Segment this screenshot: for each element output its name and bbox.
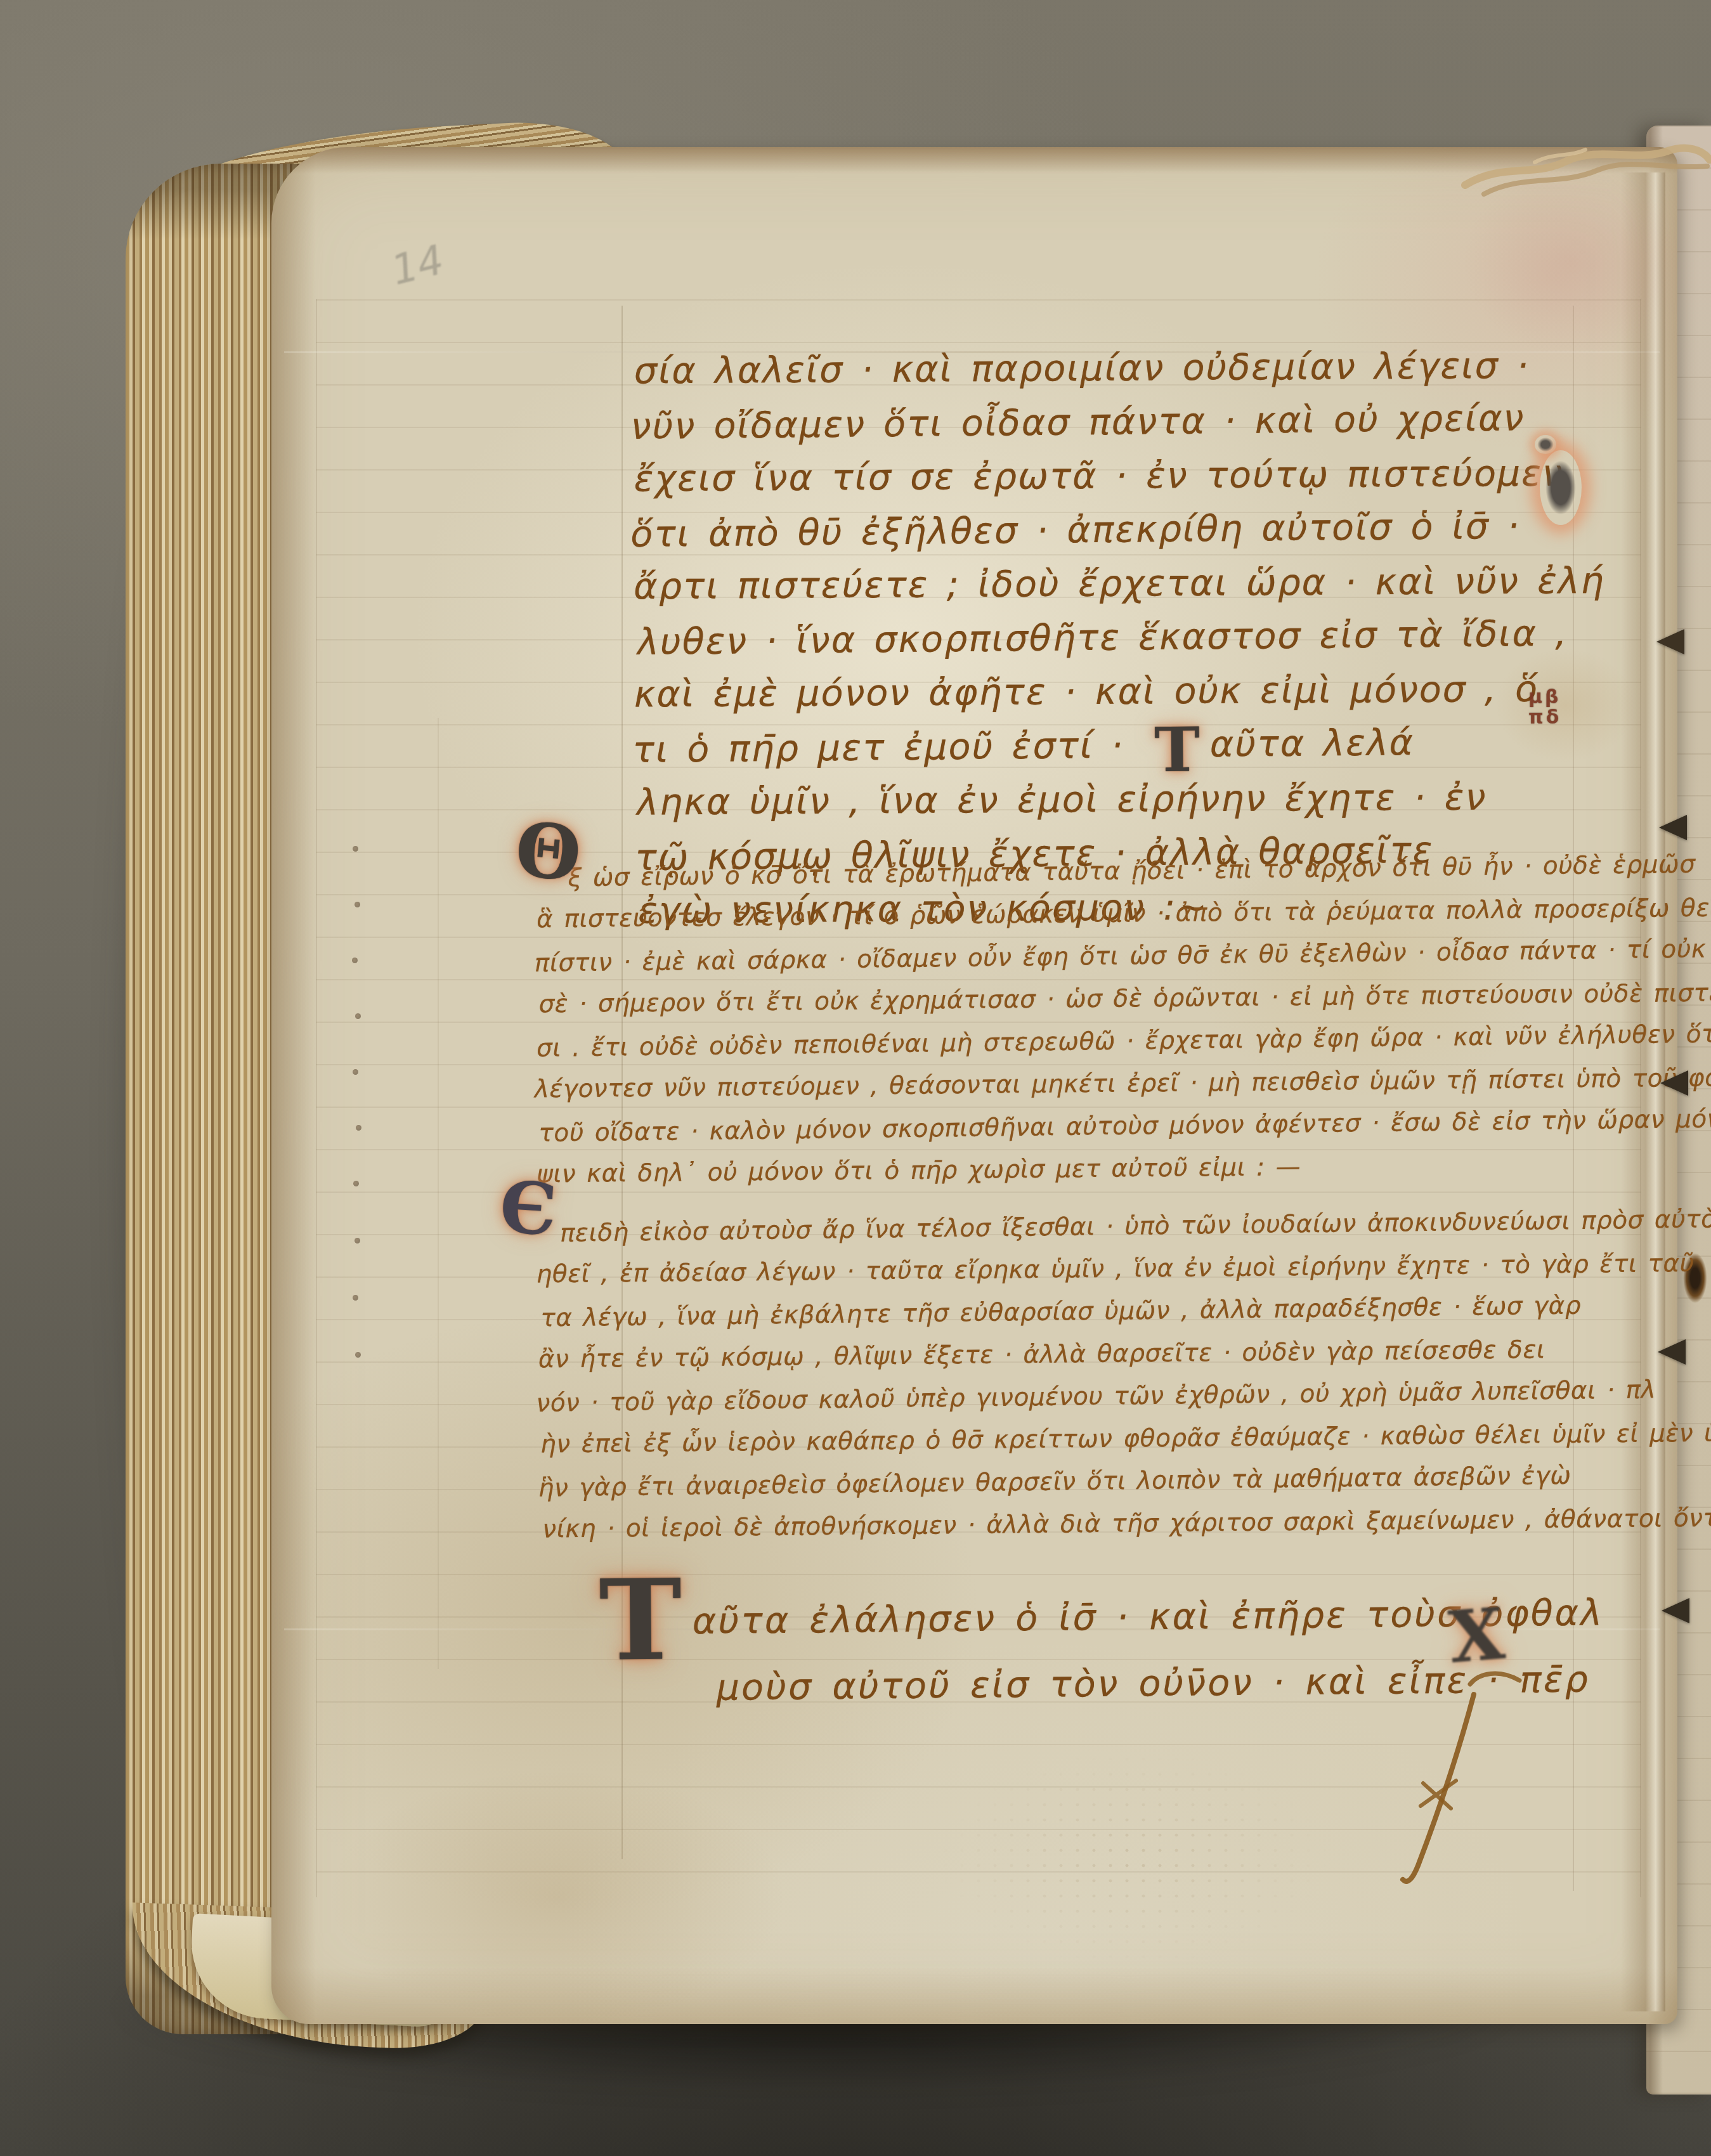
photo-backdrop: 14 σία λαλεῖσ · καὶ παροιμίαν οὐδεμίαν λ…: [0, 0, 1711, 2156]
decorated-initial-tau-inline: Τ: [1155, 750, 1201, 750]
gospel-line: ἔχεισ ἵνα τίσ σε ἐρωτᾶ · ἐν τούτῳ πιστεύ…: [634, 453, 1564, 500]
commentary-line: νίκη · οἱ ἱεροὶ δὲ ἀποθνήσκομεν · ἀλλὰ δ…: [542, 1503, 1711, 1543]
commentary-line: νόν · τοῦ γὰρ εἴδουσ καλοῦ ὑπὲρ γινομένο…: [536, 1375, 1656, 1418]
commentary-line: ὴν ἐπεὶ ἐξ ὧν ἱερὸν καθάπερ ὁ θσ̄ κρείττ…: [540, 1419, 1711, 1458]
commentary-line: σὲ · σήμερον ὅτι ἔτι οὐκ ἐχρημάτισασ · ὡ…: [538, 978, 1711, 1019]
commentary-line: τα λέγω , ἵνα μὴ ἐκβάλητε τῆσ εὐθαρσίασ …: [540, 1292, 1581, 1333]
gospel-line: ἄρτι πιστεύετε ; ἰδοὺ ἔρχεται ὥρα · καὶ …: [634, 560, 1605, 607]
endband-threads: [1459, 124, 1711, 213]
commentary-line: λέγοντεσ νῦν πιστεύομεν , θεάσονται μηκέ…: [535, 1063, 1711, 1104]
marginal-note-line: πδ: [1528, 708, 1561, 728]
commentary-line: τοῦ οἴδατε · καλὸν μόνον σκορπισθῆναι αὐ…: [538, 1104, 1711, 1148]
commentary-line: ἂν ἦτε ἐν τῷ κόσμῳ , θλῖψιν ἕξετε · ἀλλὰ…: [538, 1335, 1545, 1373]
parchment-page: 14 σία λαλεῖσ · καὶ παροιμίαν οὐδεμίαν λ…: [271, 147, 1677, 2024]
fore-edge-tab: [1660, 1070, 1688, 1096]
commentary-line: σι . ἔτι οὐδὲ οὐδὲν πεποιθέναι μὴ στερεω…: [537, 1019, 1711, 1063]
commentary-line: πειδὴ εἰκὸσ αὐτοὺσ ἄρ ἵνα τέλοσ ἴξεσθαι …: [560, 1204, 1711, 1247]
gospel-line: ληκα ὑμῖν , ἵνα ἐν ἐμοὶ εἰρήνην ἔχητε · …: [637, 776, 1487, 823]
commentary-line: πίστιν · ἐμὲ καὶ σάρκα · οἴδαμεν οὖν ἔφη…: [535, 935, 1711, 978]
gospel-line-with-initial: τι ὁ πη̄ρ μετ ἐμοῦ ἐστί ·Ταῦτα λελά: [632, 722, 1414, 771]
fore-edge-tab: [1662, 1598, 1689, 1623]
gospel-line: νῦν οἴδαμεν ὅτι οἶδασ πάντα · καὶ οὐ χρε…: [630, 398, 1525, 448]
gospel-line: καὶ ἐμὲ μόνον ἀφῆτε · καὶ οὐκ εἰμὶ μόνοσ…: [634, 668, 1539, 716]
gospel-line: λυθεν · ἵνα σκορπισθῆτε ἕκαστοσ εἰσ τὰ ἴ…: [637, 613, 1568, 663]
fore-edge-tab: [1659, 815, 1687, 840]
marginal-ornament-blot: [1540, 450, 1582, 525]
commentary-line: ἣν γὰρ ἔτι ἀναιρεθεὶσ ὀφείλομεν θαρσεῖν …: [538, 1462, 1571, 1503]
marginal-note: μβ πδ: [1528, 687, 1561, 728]
decorated-initial-theta: Θ: [512, 805, 585, 899]
fore-edge-tab: [1658, 1339, 1686, 1365]
gospel-line: σία λαλεῖσ · καὶ παροιμίαν οὐδεμίαν λέγε…: [634, 345, 1530, 393]
decorated-initial-epsilon: Є: [498, 1166, 559, 1252]
gospel-line: ὅτι ἀπὸ θῡ ἐξῆλθεσ · ἀπεκρίθη αὐτοῖσ ὁ ἰ…: [630, 505, 1520, 555]
pen-flourish: [1350, 1656, 1540, 1910]
commentary-line: ηθεῖ , ἐπ ἀδείασ λέγων · ταῦτα εἴρηκα ὑμ…: [536, 1249, 1694, 1289]
decorated-initial-tau-large: Τ: [599, 1555, 682, 1685]
fore-edge-tab: [1656, 629, 1684, 654]
gospel-line-part: τι ὁ πη̄ρ μετ ἐμοῦ ἐστί ·: [632, 725, 1124, 771]
gospel-line-part: αῦτα λελά: [1210, 722, 1415, 765]
commentary-line: ψιν καὶ δηλ᾽ οὐ μόνον ὅτι ὁ πη̄ρ χωρὶσ μ…: [537, 1153, 1301, 1189]
marginal-note-line: μβ: [1528, 687, 1561, 708]
